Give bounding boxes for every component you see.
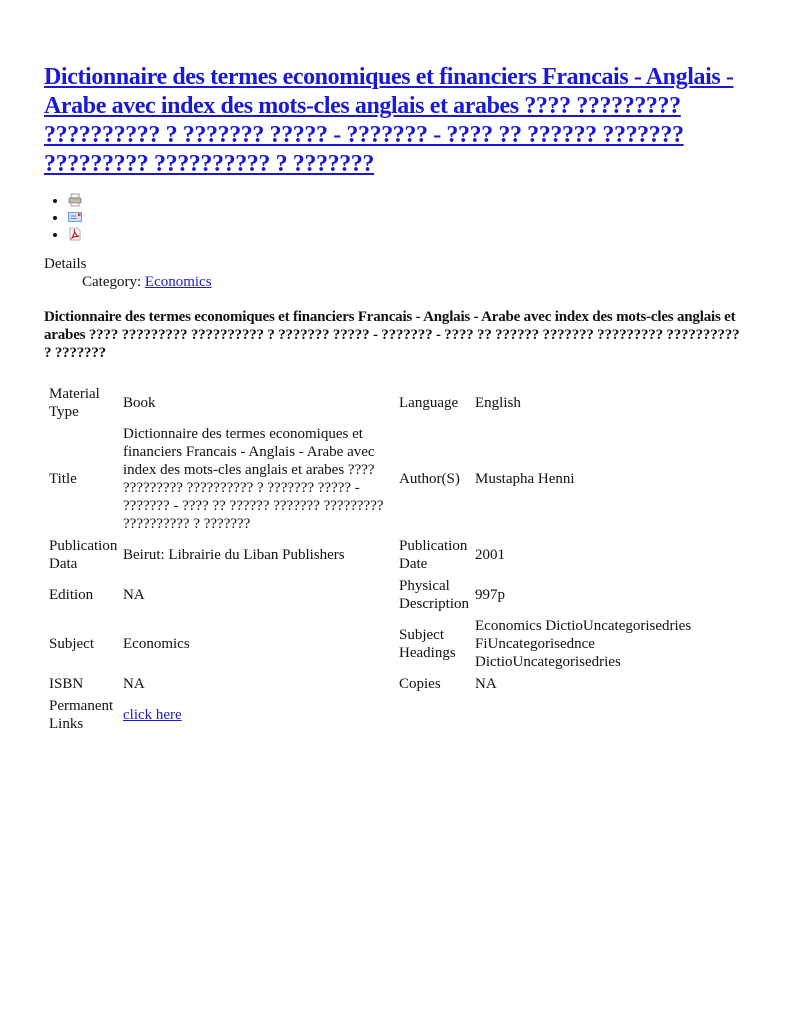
- pdf-icon[interactable]: [68, 227, 82, 241]
- action-item-email: [68, 210, 82, 227]
- language-value: English: [474, 384, 736, 422]
- page-title-link[interactable]: Dictionnaire des termes economiques et f…: [44, 64, 733, 177]
- subject-headings-label: Subject Headings: [398, 616, 472, 672]
- record-details-table: Material Type Book Language English Titl…: [46, 382, 738, 736]
- details-label: Details: [44, 256, 87, 273]
- author-label: Author(S): [398, 424, 472, 534]
- language-label: Language: [398, 384, 472, 422]
- page-title: Dictionnaire des termes economiques et f…: [44, 63, 744, 179]
- table-row: Title Dictionnaire des termes economique…: [48, 424, 736, 534]
- permanent-link[interactable]: click here: [123, 707, 182, 723]
- table-row: Subject Economics Subject Headings Econo…: [48, 616, 736, 672]
- article-heading: Dictionnaire des termes economiques et f…: [44, 308, 744, 362]
- table-row: ISBN NA Copies NA: [48, 674, 736, 694]
- permanent-links-label: Permanent Links: [48, 696, 120, 734]
- edition-label: Edition: [48, 576, 120, 614]
- copies-value: NA: [474, 674, 736, 694]
- publication-date-value: 2001: [474, 536, 736, 574]
- subject-value: Economics: [122, 616, 396, 672]
- publication-date-label: Publication Date: [398, 536, 472, 574]
- author-value: Mustapha Henni: [474, 424, 736, 534]
- action-item-pdf: [68, 227, 82, 244]
- subject-headings-value: Economics DictioUncategorisedries FiUnca…: [474, 616, 736, 672]
- category-label: Category:: [82, 274, 145, 290]
- category-link[interactable]: Economics: [145, 274, 212, 290]
- material-type-label: Material Type: [48, 384, 120, 422]
- title-value: Dictionnaire des termes economiques et f…: [122, 424, 396, 534]
- table-row: Edition NA Physical Description 997p: [48, 576, 736, 614]
- physical-description-label: Physical Description: [398, 576, 472, 614]
- table-row: Publication Data Beirut: Librairie du Li…: [48, 536, 736, 574]
- copies-label: Copies: [398, 674, 472, 694]
- subject-label: Subject: [48, 616, 120, 672]
- edition-value: NA: [122, 576, 396, 614]
- category-line: Category: Economics: [82, 274, 212, 291]
- action-icons: [44, 193, 82, 244]
- print-icon[interactable]: [68, 193, 82, 207]
- title-label: Title: [48, 424, 120, 534]
- publication-data-label: Publication Data: [48, 536, 120, 574]
- publication-data-value: Beirut: Librairie du Liban Publishers: [122, 536, 396, 574]
- isbn-label: ISBN: [48, 674, 120, 694]
- permanent-links-cell: click here: [122, 696, 396, 734]
- action-item-print: [68, 193, 82, 210]
- material-type-value: Book: [122, 384, 396, 422]
- email-icon[interactable]: [68, 210, 82, 224]
- table-row: Material Type Book Language English: [48, 384, 736, 422]
- table-row: Permanent Links click here: [48, 696, 736, 734]
- physical-description-value: 997p: [474, 576, 736, 614]
- isbn-value: NA: [122, 674, 396, 694]
